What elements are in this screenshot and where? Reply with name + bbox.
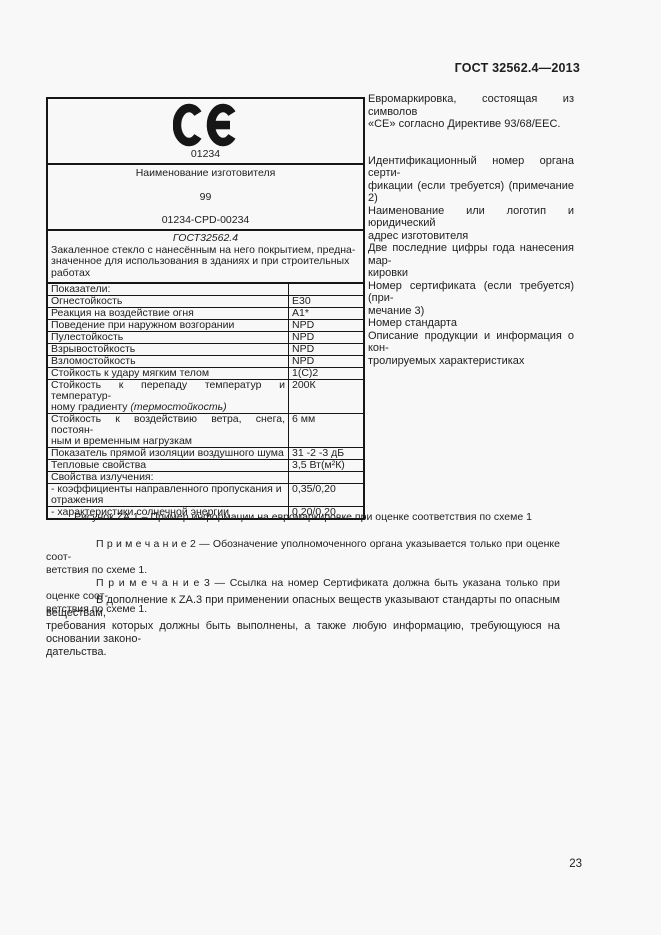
property-label: Тепловые свойства [48, 460, 289, 472]
standard-description-section: ГОСТ32562.4 Закаленное стекло с нанесённ… [48, 231, 363, 284]
table-row: Реакция на воздействие огняА1* [48, 308, 363, 320]
table-row: ВзломостойкостьNPD [48, 356, 363, 368]
property-value: NPD [289, 356, 364, 368]
manufacturer-name: Наименование изготовителя [136, 168, 276, 180]
table-row: Стойкость к удару мягким телом1(С)2 [48, 368, 363, 380]
annotation: Наименование или логотип и юридический а… [368, 205, 574, 243]
property-label: Свойства излучения: [48, 472, 289, 484]
property-label: Показатель прямой изоляции воздушного шу… [48, 448, 289, 460]
property-label: Показатели: [48, 284, 289, 296]
figure-caption: Рисунок ZA.1 – Пример информации на евро… [46, 511, 560, 523]
body-paragraph: В дополнение к ZA.3 при применении опасн… [46, 594, 560, 659]
table-row: ПулестойкостьNPD [48, 332, 363, 344]
annotation: Идентификационный номер органа серти- фи… [368, 155, 574, 205]
property-value: 0,35/0,20 [289, 484, 364, 507]
table-row: ОгнестойкостьЕ30 [48, 296, 363, 308]
ce-mark-icon [173, 103, 239, 147]
property-label: Взрывостойкость [48, 344, 289, 356]
property-value: Е30 [289, 296, 364, 308]
table-row: ВзрывостойкостьNPD [48, 344, 363, 356]
annotation: Евромаркировка, состоящая из символов «С… [368, 93, 574, 131]
table-row: - коэффициенты направленного пропускания… [48, 484, 363, 507]
annotation: Номер сертификата (если требуется) (при-… [368, 280, 574, 318]
table-row: Свойства излучения: [48, 472, 363, 484]
manufacturer-section: Наименование изготовителя 99 01234-CPD-0… [48, 165, 363, 231]
annotation: Две последние цифры года нанесения мар- … [368, 242, 574, 280]
property-value: 200К [289, 380, 364, 414]
property-value [289, 472, 364, 484]
property-value: 3,5 Вт(м²К) [289, 460, 364, 472]
table-row: Стойкость к перепаду температур и темпер… [48, 380, 363, 414]
marking-year: 99 [200, 192, 212, 204]
annotation-group: Идентификационный номер органа серти- фи… [368, 155, 574, 368]
property-label: Поведение при наружном возгорании [48, 320, 289, 332]
table-row: Тепловые свойства3,5 Вт(м²К) [48, 460, 363, 472]
standard-number-header: ГОСТ 32562.4—2013 [46, 61, 580, 75]
properties-table: Показатели:ОгнестойкостьЕ30Реакция на во… [48, 284, 363, 518]
note: П р и м е ч а н и е 2 — Обозначение упол… [46, 538, 560, 577]
page-number: 23 [46, 858, 582, 870]
property-label: Реакция на воздействие огня [48, 308, 289, 320]
property-label: Взломостойкость [48, 356, 289, 368]
property-label: Стойкость к воздействию ветра, снега, по… [48, 414, 289, 448]
ce-mark-section: 01234 [48, 99, 363, 165]
property-label: Стойкость к перепаду температур и темпер… [48, 380, 289, 414]
property-label: Огнестойкость [48, 296, 289, 308]
property-value: NPD [289, 344, 364, 356]
standard-number: ГОСТ32562.4 [51, 233, 360, 245]
property-value: А1* [289, 308, 364, 320]
property-label: Стойкость к удару мягким телом [48, 368, 289, 380]
annotation-column: Евромаркировка, состоящая из символов «С… [368, 93, 574, 367]
property-value: NPD [289, 320, 364, 332]
property-value: 6 мм [289, 414, 364, 448]
table-row: Показатель прямой изоляции воздушного шу… [48, 448, 363, 460]
notified-body-number: 01234 [191, 149, 220, 161]
property-label: - коэффициенты направленного пропускания… [48, 484, 289, 507]
product-description: Закаленное стекло с нанесённым на него п… [51, 245, 360, 280]
table-row: Стойкость к воздействию ветра, снега, по… [48, 414, 363, 448]
property-value [289, 284, 364, 296]
annotation: Описание продукции и информация о кон- т… [368, 330, 574, 368]
property-label: Пулестойкость [48, 332, 289, 344]
ce-marking-label-box: 01234 Наименование изготовителя 99 01234… [46, 97, 365, 520]
annotation: Номер стандарта [368, 317, 574, 330]
table-row: Поведение при наружном возгоранииNPD [48, 320, 363, 332]
certificate-number: 01234-CPD-00234 [162, 215, 250, 227]
property-value: 31 -2 -3 дБ [289, 448, 364, 460]
document-page: ГОСТ 32562.4—2013 01234 Наименование изг… [0, 0, 661, 935]
property-value: 1(С)2 [289, 368, 364, 380]
property-value: NPD [289, 332, 364, 344]
table-row: Показатели: [48, 284, 363, 296]
